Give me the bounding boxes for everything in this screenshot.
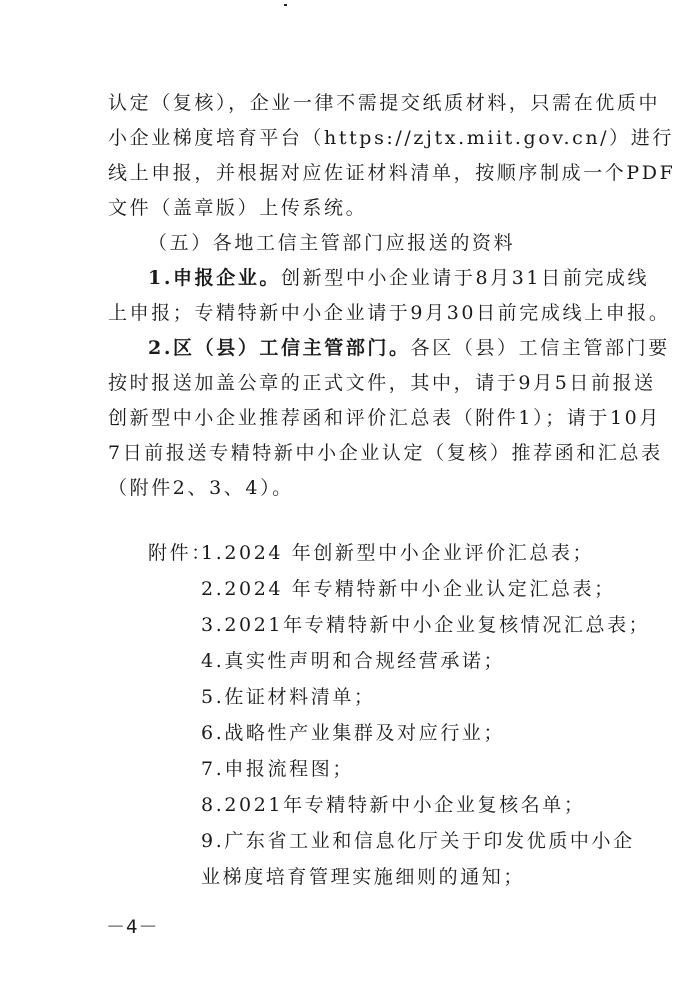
attachment-item: 3.2021年专精特新中小企业复核情况汇总表； (201, 613, 700, 637)
attachments-label: 附件： (148, 541, 208, 565)
attachment-item: 业梯度培育管理实施细则的通知； (201, 865, 700, 889)
item2-line: 按时报送加盖公章的正式文件，其中，请于9月5日前报送 (108, 371, 608, 395)
item2-line: 2.区（县）工信主管部门。各区（县）工信主管部门要 (148, 336, 648, 360)
attachment-item: 1.2024 年创新型中小企业评价汇总表； (201, 541, 700, 565)
attachment-item: 6.战略性产业集群及对应行业； (201, 721, 700, 745)
attachment-item: 5.佐证材料清单； (201, 685, 700, 709)
item2-line: 7日前报送专精特新中小企业认定（复核）推荐函和汇总表 (108, 441, 608, 465)
item2-text: 各区（县）工信主管部门要 (411, 337, 670, 359)
paragraph-line: 小企业梯度培育平台（https://zjtx.miit.gov.cn/）进行 (108, 126, 608, 150)
item1-line: 上申报；专精特新中小企业请于9月30日前完成线上申报。 (108, 301, 608, 325)
paragraph-line: 文件（盖章版）上传系统。 (108, 196, 608, 220)
paragraph-line: 认定（复核），企业一律不需提交纸质材料，只需在优质中 (108, 91, 608, 115)
paragraph-line: 线上申报，并根据对应佐证材料清单，按顺序制成一个PDF (108, 161, 608, 185)
item2-heading: 2.区（县）工信主管部门。 (148, 337, 411, 359)
document-page: 认定（复核），企业一律不需提交纸质材料，只需在优质中 小企业梯度培育平台（htt… (0, 0, 700, 986)
attachment-item: 4.真实性声明和合规经营承诺； (201, 649, 700, 673)
item2-line: （附件2、3、4）。 (108, 476, 608, 500)
item1-text: 创新型中小企业请于8月31日前完成线 (281, 267, 649, 289)
item1-line: 1.申报企业。创新型中小企业请于8月31日前完成线 (148, 266, 648, 290)
attachment-item: 2.2024 年专精特新中小企业认定汇总表； (201, 577, 700, 601)
page-number: －4－ (106, 912, 158, 939)
attachment-item: 8.2021年专精特新中小企业复核名单； (201, 793, 700, 817)
section-heading: （五）各地工信主管部门应报送的资料 (148, 231, 648, 255)
attachment-item: 9.广东省工业和信息化厅关于印发优质中小企 (201, 829, 700, 853)
attachment-item: 7.申报流程图； (201, 757, 700, 781)
scan-speck (284, 4, 287, 6)
item1-heading: 1.申报企业。 (148, 267, 281, 289)
item2-line: 创新型中小企业推荐函和评价汇总表（附件1）；请于10月 (108, 406, 608, 430)
